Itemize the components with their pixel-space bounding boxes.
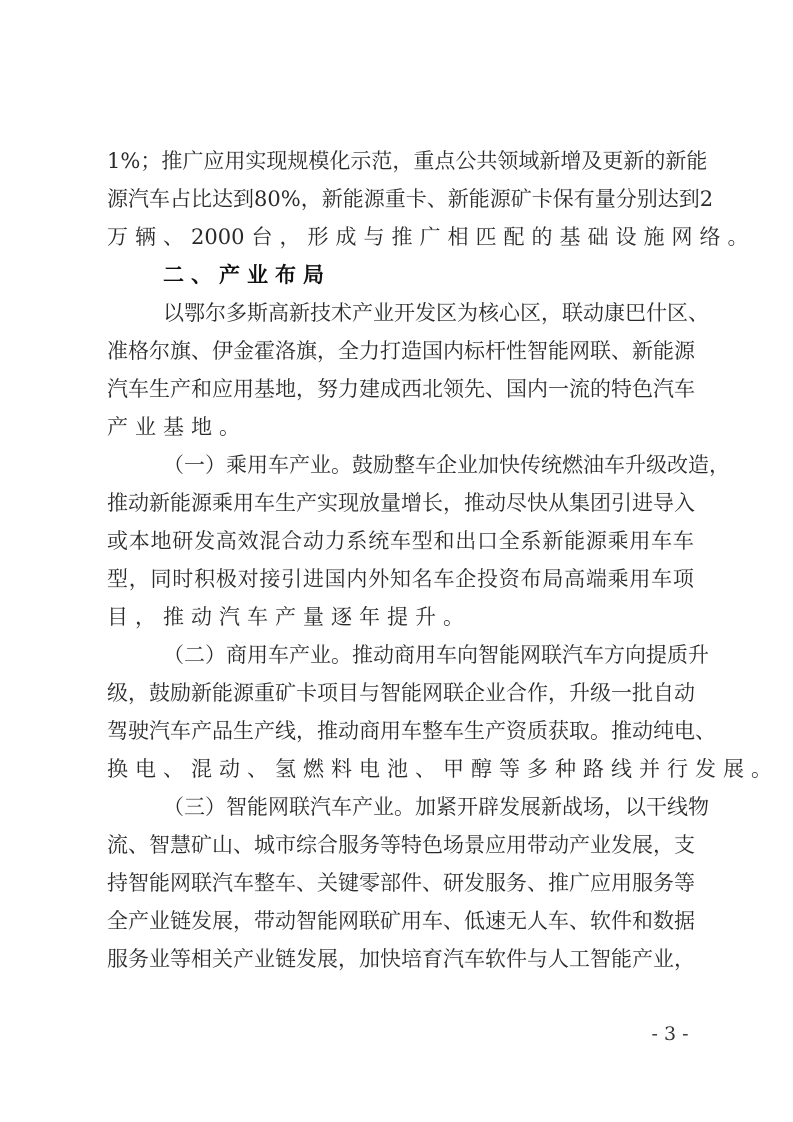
text-line: 推动新能源乘用车生产实现放量增长，推动尽快从集团引进导入 [107, 488, 694, 518]
text-line: 准格尔旗、伊金霍洛旗，全力打造国内标杆性智能网联、新能源 [107, 336, 694, 366]
text-line: （二）商用车产业。推动商用车向智能网联汽车方向提质升 [163, 640, 694, 670]
text-line: 换电、混动、氢燃料电池、甲醇等多种路线并行发展。 [107, 754, 694, 784]
text-line: 服务业等相关产业链发展，加快培育汽车软件与人工智能产业， [107, 944, 694, 974]
text-line: 产业基地。 [107, 412, 694, 442]
page-number: - 3 - [640, 1023, 700, 1047]
text-line: 持智能网联汽车整车、关键零部件、研发服务、推广应用服务等 [107, 868, 694, 898]
text-line: 驾驶汽车产品生产线，推动商用车整车生产资质获取。推动纯电、 [107, 716, 694, 746]
text-line: 万辆、2000台，形成与推广相匹配的基础设施网络。 [107, 222, 694, 252]
text-line: 以鄂尔多斯高新技术产业开发区为核心区，联动康巴什区、 [163, 298, 694, 328]
text-line: 目，推动汽车产量逐年提升。 [107, 602, 694, 632]
text-line: （三）智能网联汽车产业。加紧开辟发展新战场，以干线物 [163, 792, 694, 822]
text-line: 流、智慧矿山、城市综合服务等特色场景应用带动产业发展，支 [107, 830, 694, 860]
text-line: 级，鼓励新能源重矿卡项目与智能网联企业合作，升级一批自动 [107, 678, 694, 708]
text-line: 或本地研发高效混合动力系统车型和出口全系新能源乘用车车 [107, 526, 694, 556]
document-page: 1%；推广应用实现规模化示范，重点公共领域新增及更新的新能源汽车占比达到80%，… [0, 0, 793, 1122]
text-line: 源汽车占比达到80%，新能源重卡、新能源矿卡保有量分别达到2 [107, 184, 694, 214]
text-line: （一）乘用车产业。鼓励整车企业加快传统燃油车升级改造， [163, 450, 694, 480]
text-line: 1%；推广应用实现规模化示范，重点公共领域新增及更新的新能 [107, 146, 694, 176]
text-line: 汽车生产和应用基地，努力建成西北领先、国内一流的特色汽车 [107, 374, 694, 404]
section-heading: 二、产业布局 [163, 260, 694, 290]
text-line: 型，同时积极对接引进国内外知名车企投资布局高端乘用车项 [107, 564, 694, 594]
text-line: 全产业链发展，带动智能网联矿用车、低速无人车、软件和数据 [107, 906, 694, 936]
